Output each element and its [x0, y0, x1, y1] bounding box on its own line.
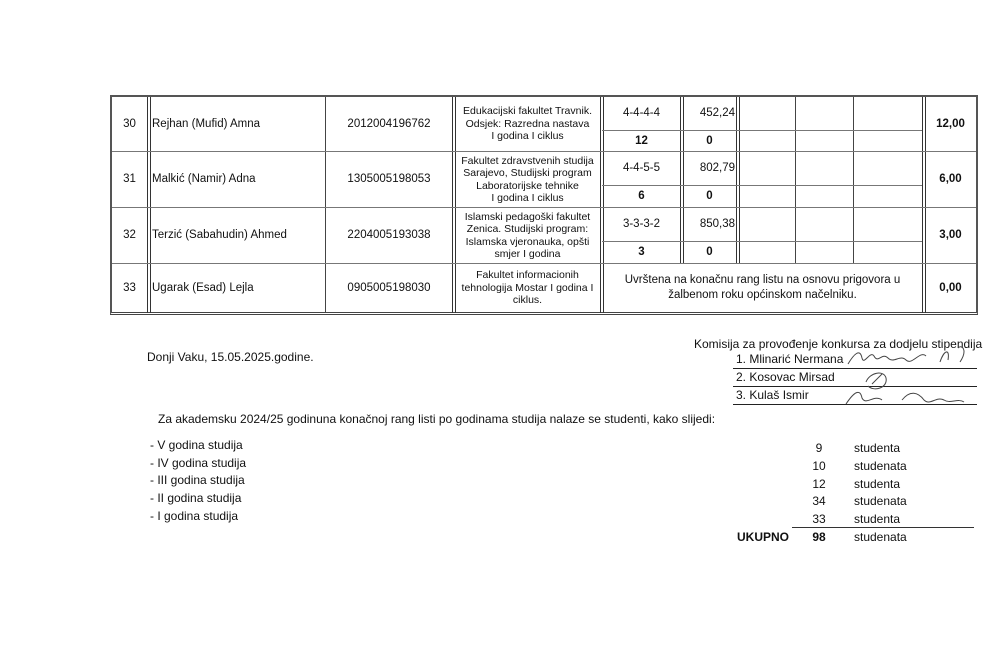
total-points: 3,00 [925, 208, 976, 263]
income-points: 0 [683, 131, 736, 151]
income-points: 0 [683, 242, 736, 263]
ranking-table: 30 Rejhan (Mufid) Amna 2012004196762 Edu… [110, 95, 978, 315]
faculty-line: Laboratorijske tehnike [476, 180, 579, 193]
faculty-line: I godina I ciklus [491, 192, 563, 205]
faculty-line: ciklus. [513, 294, 542, 307]
year-label: - V godina studija [150, 438, 243, 452]
student-name: Terzić (Sabahudin) Ahmed [150, 208, 325, 263]
faculty: Fakultet zdravstvenih studija Sarajevo, … [455, 152, 600, 207]
grade-points: 12 [603, 131, 680, 151]
rank: 33 [112, 264, 147, 312]
rank: 32 [112, 208, 147, 263]
grade-points: 6 [603, 186, 680, 207]
year-unit: studenata [854, 494, 907, 508]
rank: 30 [112, 97, 147, 151]
total-count: 98 [806, 530, 832, 544]
year-unit: studenta [854, 441, 900, 455]
grade-points: 3 [603, 242, 680, 263]
jmbg: 0905005198030 [326, 264, 452, 312]
income: 802,79 [683, 152, 736, 185]
year-label: - IV godina studija [150, 456, 246, 470]
total-points: 12,00 [925, 97, 976, 151]
year-label: - III godina studija [150, 473, 245, 487]
jmbg: 1305005198053 [326, 152, 452, 207]
faculty: Fakultet informacionih tehnologija Mosta… [455, 264, 600, 312]
student-name: Malkić (Namir) Adna [150, 152, 325, 207]
note: Uvrštena na konačnu rang listu na osnovu… [603, 264, 922, 312]
faculty-line: Fakultet zdravstvenih studija [461, 155, 593, 168]
faculty: Edukacijski fakultet Travnik. Odsjek: Ra… [455, 97, 600, 151]
signature-icon [840, 336, 980, 408]
divider [853, 97, 854, 263]
faculty-line: Odsjek: Razredna nastava [466, 118, 590, 131]
income: 452,24 [683, 97, 736, 130]
rank: 31 [112, 152, 147, 207]
summary-intro: Za akademsku 2024/25 godinuna konačnoj r… [158, 412, 715, 426]
year-count: 10 [806, 459, 832, 473]
total-divider [792, 527, 974, 528]
year-unit: studenata [854, 459, 907, 473]
total-points: 6,00 [925, 152, 976, 207]
income: 850,38 [683, 208, 736, 241]
note-line: Uvrštena na konačnu rang listu na osnovu… [625, 273, 901, 288]
year-count: 9 [806, 441, 832, 455]
student-name: Rejhan (Mufid) Amna [150, 97, 325, 151]
total-points: 0,00 [925, 264, 976, 312]
year-count: 33 [806, 512, 832, 526]
student-name: Ugarak (Esad) Lejla [150, 264, 325, 312]
year-unit: studenta [854, 477, 900, 491]
year-count: 34 [806, 494, 832, 508]
year-count: 12 [806, 477, 832, 491]
faculty-line: Edukacijski fakultet Travnik. [463, 105, 592, 118]
grades: 4-4-4-4 [603, 97, 680, 130]
faculty-line: tehnologija Mostar I godina I [462, 282, 594, 295]
commission-member: 3. Kulaš Ismir [736, 388, 809, 402]
grades: 3-3-3-2 [603, 208, 680, 241]
total-unit: studenata [854, 530, 907, 544]
jmbg: 2012004196762 [326, 97, 452, 151]
jmbg: 2204005193038 [326, 208, 452, 263]
divider [736, 97, 740, 263]
divider [795, 97, 796, 263]
total-label: UKUPNO [737, 530, 789, 544]
faculty-line: Zenica. Studijski program: [467, 223, 588, 236]
faculty-line: smjer I godina [495, 248, 561, 261]
place-date: Donji Vaku, 15.05.2025.godine. [147, 350, 314, 364]
faculty: Islamski pedagoški fakultet Zenica. Stud… [455, 208, 600, 263]
faculty-line: Islamska vjeronauka, opšti [466, 236, 590, 249]
faculty-line: Fakultet informacionih [476, 269, 579, 282]
note-line: žalbenom roku općinskom načelniku. [668, 288, 857, 303]
year-label: - II godina studija [150, 491, 241, 505]
income-points: 0 [683, 186, 736, 207]
commission-member: 1. Mlinarić Nermana [736, 352, 843, 366]
commission-member: 2. Kosovac Mirsad [736, 370, 835, 384]
faculty-line: I godina I ciklus [491, 130, 563, 143]
year-unit: studenta [854, 512, 900, 526]
faculty-line: Islamski pedagoški fakultet [465, 211, 590, 224]
faculty-line: Sarajevo, Studijski program [463, 167, 591, 180]
grades: 4-4-5-5 [603, 152, 680, 185]
year-label: - I godina studija [150, 509, 238, 523]
